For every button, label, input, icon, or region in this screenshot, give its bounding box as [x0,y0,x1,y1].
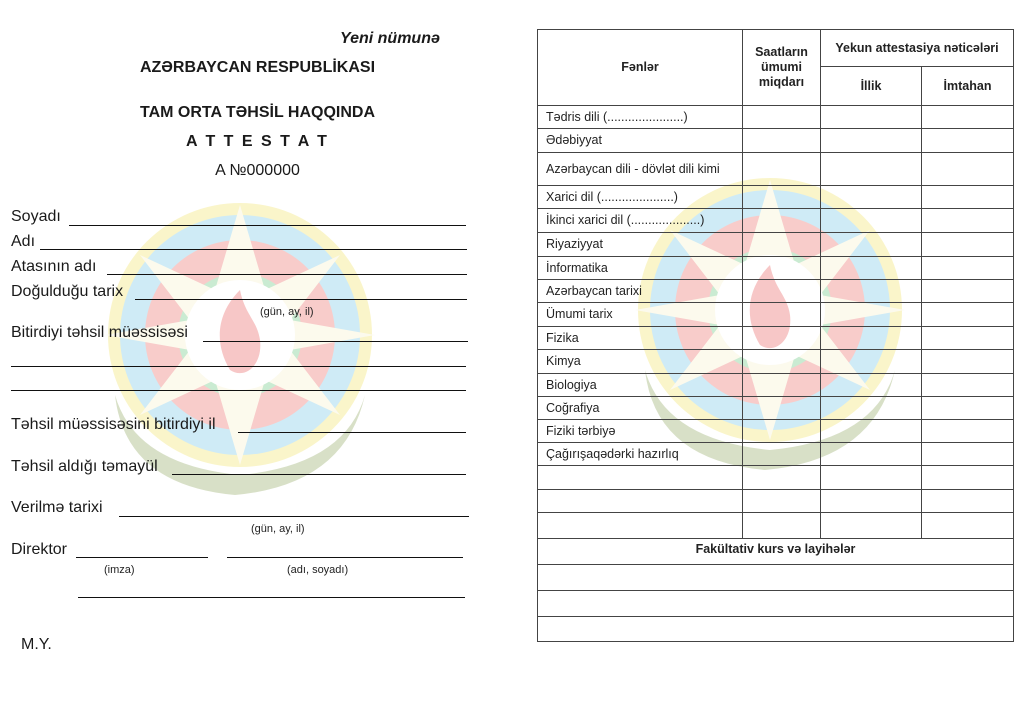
annual-grade-cell[interactable] [821,303,922,327]
graduation-year-label: Təhsil müəssisəsini bitirdiyi il [11,416,216,434]
annual-grade-cell[interactable] [821,153,922,186]
patronymic-label: Atasının adı [11,258,96,276]
hours-cell[interactable] [743,490,821,513]
table-row: Biologiya [538,374,1014,397]
wreath-icon [115,395,365,495]
table-row: Coğrafiya [538,397,1014,420]
issue-date-field[interactable] [119,516,469,517]
subject-name: Ümumi tarix [538,303,743,327]
exam-grade-cell[interactable] [922,129,1014,153]
exam-grade-cell[interactable] [922,257,1014,280]
exam-grade-cell[interactable] [922,420,1014,443]
birth-date-hint: (gün, ay, il) [260,306,314,318]
birth-date-field[interactable] [135,299,467,300]
table-row: Ümumi tarix [538,303,1014,327]
institution-field[interactable] [203,341,468,342]
subject-name: Çağırışaqədərki hazırlıq [538,443,743,466]
annual-grade-cell[interactable] [821,374,922,397]
annual-grade-cell[interactable] [821,513,922,539]
subject-name: Kimya [538,350,743,374]
hours-cell[interactable] [743,186,821,209]
exam-grade-cell[interactable] [922,233,1014,257]
exam-grade-cell[interactable] [922,513,1014,539]
hours-cell[interactable] [743,280,821,303]
annual-grade-cell[interactable] [821,327,922,350]
annual-grade-cell[interactable] [821,397,922,420]
specialization-field[interactable] [172,474,466,475]
subject-name: Fiziki tərbiyə [538,420,743,443]
hours-cell[interactable] [743,153,821,186]
elective-header: Fakültativ kurs və layihələr [538,539,1014,565]
institution-field-line-2[interactable] [11,366,466,367]
hours-cell[interactable] [743,209,821,233]
header-hours: Saatların ümumi miqdarı [743,30,821,106]
table-row: Fizika [538,327,1014,350]
issue-date-label: Verilmə tarixi [11,499,103,517]
birth-date-label: Doğulduğu tarix [11,283,123,301]
sample-label: Yeni nümunə [340,30,440,48]
grades-table: Fənlər Saatların ümumi miqdarı Yekun att… [537,29,1014,642]
hours-cell[interactable] [743,397,821,420]
name-hint: (adı, soyadı) [287,564,348,576]
hours-cell[interactable] [743,513,821,539]
exam-grade-cell[interactable] [922,374,1014,397]
header-subjects: Fənlər [538,30,743,106]
subject-name: İnformatika [538,257,743,280]
exam-grade-cell[interactable] [922,209,1014,233]
table-row [538,513,1014,539]
seal-label: M.Y. [21,636,52,654]
subject-name: Ədəbiyyat [538,129,743,153]
exam-grade-cell[interactable] [922,466,1014,490]
director-signature-field[interactable] [76,557,208,558]
annual-grade-cell[interactable] [821,233,922,257]
hours-cell[interactable] [743,257,821,280]
name-field[interactable] [40,249,467,250]
table-row: Azərbaycan tarixi [538,280,1014,303]
table-row: Tədris dili (......................) [538,106,1014,129]
annual-grade-cell[interactable] [821,186,922,209]
annual-grade-cell[interactable] [821,209,922,233]
annual-grade-cell[interactable] [821,257,922,280]
flame-icon [220,290,261,373]
hours-cell[interactable] [743,327,821,350]
hours-cell[interactable] [743,106,821,129]
subject-name: Coğrafiya [538,397,743,420]
serial-number: A №000000 [100,162,415,180]
table-row: İnformatika [538,257,1014,280]
table-row: Ədəbiyyat [538,129,1014,153]
surname-label: Soyadı [11,208,61,226]
extra-line-field[interactable] [78,597,465,598]
elective-row[interactable] [538,565,1014,591]
table-row: Riyaziyyat [538,233,1014,257]
table-row [538,466,1014,490]
table-row: Çağırışaqədərki hazırlıq [538,443,1014,466]
subject-name: Xarici dil (.....................) [538,186,743,209]
subject-name: Riyaziyyat [538,233,743,257]
exam-grade-cell[interactable] [922,106,1014,129]
exam-grade-cell[interactable] [922,280,1014,303]
subject-name [538,466,743,490]
subject-name [538,513,743,539]
elective-row[interactable] [538,617,1014,642]
table-row: İkinci xarici dil (....................) [538,209,1014,233]
annual-grade-cell[interactable] [821,129,922,153]
issue-date-hint: (gün, ay, il) [251,523,305,535]
surname-field[interactable] [69,225,466,226]
document-type: TAM ORTA TƏHSİL HAQQINDA [100,104,415,122]
hours-cell[interactable] [743,233,821,257]
subject-name: İkinci xarici dil (....................) [538,209,743,233]
exam-grade-cell[interactable] [922,490,1014,513]
header-final-results: Yekun attestasiya nəticələri [821,30,1014,67]
table-row: Xarici dil (.....................) [538,186,1014,209]
subject-name: Tədris dili (......................) [538,106,743,129]
specialization-label: Təhsil aldığı təmayül [11,458,158,476]
exam-grade-cell[interactable] [922,186,1014,209]
director-label: Direktor [11,541,67,559]
hours-cell[interactable] [743,420,821,443]
exam-grade-cell[interactable] [922,303,1014,327]
hours-cell[interactable] [743,374,821,397]
hours-cell[interactable] [743,466,821,490]
annual-grade-cell[interactable] [821,280,922,303]
institution-label: Bitirdiyi təhsil müəssisəsi [11,324,188,342]
signature-hint: (imza) [104,564,135,576]
director-name-field[interactable] [227,557,463,558]
exam-grade-cell[interactable] [922,443,1014,466]
table-row: Kimya [538,350,1014,374]
document-name: A T T E S T A T [100,133,415,151]
hours-cell[interactable] [743,350,821,374]
subject-name [538,490,743,513]
hours-cell[interactable] [743,129,821,153]
name-label: Adı [11,233,35,251]
annual-grade-cell[interactable] [821,106,922,129]
exam-grade-cell[interactable] [922,153,1014,186]
annual-grade-cell[interactable] [821,350,922,374]
exam-grade-cell[interactable] [922,350,1014,374]
header-annual: İllik [821,67,922,106]
table-row: Fiziki tərbiyə [538,420,1014,443]
graduation-year-field[interactable] [238,432,466,433]
header-exam: İmtahan [922,67,1014,106]
subject-name: Azərbaycan tarixi [538,280,743,303]
country-title: AZƏRBAYCAN RESPUBLİKASI [100,59,415,77]
subject-name: Fizika [538,327,743,350]
exam-grade-cell[interactable] [922,327,1014,350]
subject-name: Azərbaycan dili - dövlət dili kimi [538,153,743,186]
table-row [538,490,1014,513]
annual-grade-cell[interactable] [821,490,922,513]
hours-cell[interactable] [743,303,821,327]
table-row: Azərbaycan dili - dövlət dili kimi [538,153,1014,186]
annual-grade-cell[interactable] [821,420,922,443]
patronymic-field[interactable] [107,274,467,275]
annual-grade-cell[interactable] [821,443,922,466]
hours-cell[interactable] [743,443,821,466]
elective-row[interactable] [538,591,1014,617]
exam-grade-cell[interactable] [922,397,1014,420]
institution-field-line-3[interactable] [11,390,466,391]
subject-name: Biologiya [538,374,743,397]
annual-grade-cell[interactable] [821,466,922,490]
